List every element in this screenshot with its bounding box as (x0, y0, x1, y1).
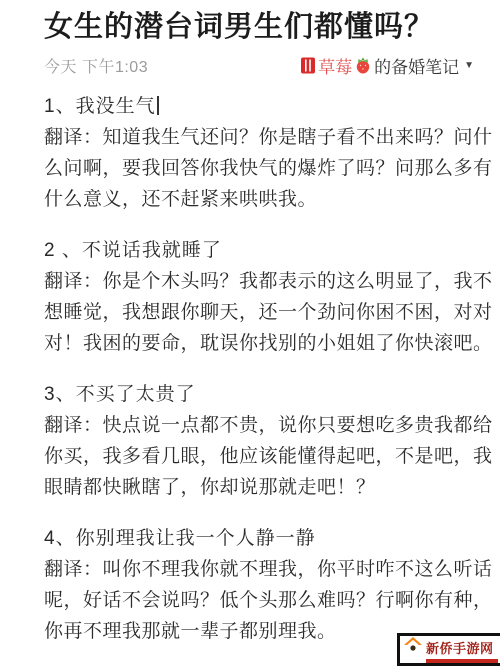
section-2-line: 对！我困的要命，耽误你找别的小姐姐了你快滚吧。 (44, 328, 474, 359)
account-name: 草莓 (318, 53, 352, 78)
section-3-line: 翻译：快点说一点都不贵，说你只要想吃多贵我都给 (44, 410, 474, 441)
red-book-icon (301, 57, 315, 74)
meta-row: 今天 下午1:03 草莓 (44, 53, 474, 77)
section-2-line: 想睡觉，我想跟你聊天，还一个劲问你困不困，对对 (44, 297, 474, 328)
section-3-heading: 3、不买了太贵了 (44, 380, 474, 410)
section-1: 1、我没生气 翻译：知道我生气还问？你是瞎子看不出来吗？问什 么问啊，要我回答你… (44, 92, 474, 215)
text-caret (157, 96, 159, 115)
section-4-line: 翻译：叫你不理我你就不理我，你平时咋不这么听话 (44, 554, 474, 585)
section-3-line: 你买，我多看几眼，他应该能懂得起吧，不是吧，我 (44, 441, 474, 472)
section-2-heading: 2 、不说话我就睡了 (44, 236, 474, 266)
section-1-heading-text: 1、我没生气 (44, 96, 156, 117)
section-4-line: 呢，好话不会说吗？低个头那么难吗？行啊你有种， (44, 585, 474, 616)
watermark-logo-row: 新侨手游网 (400, 636, 500, 657)
section-1-line: 翻译：知道我生气还问？你是瞎子看不出来吗？问什 (44, 122, 474, 153)
section-1-line: 什么意义，还不赶紧来哄哄我。 (44, 184, 474, 215)
section-3-line: 眼睛都快瞅瞎了，你却说那就走吧！？ (44, 472, 474, 503)
watermark-site-name: 新侨手游网 (426, 638, 494, 657)
section-4: 4、你别理我让我一个人静一静 翻译：叫你不理我你就不理我，你平时咋不这么听话 呢… (44, 524, 474, 647)
account-suffix: 的备婚笔记 (374, 53, 459, 78)
house-icon (404, 637, 422, 657)
site-watermark: 新侨手游网 (397, 633, 500, 666)
section-2-line: 翻译：你是个木头吗？我都表示的这么明显了，我不 (44, 266, 474, 297)
section-1-heading: 1、我没生气 (44, 92, 474, 122)
account-selector[interactable]: 草莓 的备婚笔记 ▼ (301, 53, 474, 78)
watermark-box: 新侨手游网 (400, 636, 500, 663)
chevron-down-icon: ▼ (464, 60, 474, 71)
note-page: 女生的潜台词男生们都懂吗？ 今天 下午1:03 草莓 (0, 0, 500, 666)
section-3: 3、不买了太贵了 翻译：快点说一点都不贵，说你只要想吃多贵我都给 你买，我多看几… (44, 380, 474, 503)
strawberry-icon (355, 57, 371, 74)
section-4-heading: 4、你别理我让我一个人静一静 (44, 524, 474, 554)
watermark-red-strip (426, 659, 498, 663)
section-1-line: 么问啊，要我回答你我快气的爆炸了吗？问那么多有 (44, 153, 474, 184)
section-2: 2 、不说话我就睡了 翻译：你是个木头吗？我都表示的这么明显了，我不 想睡觉，我… (44, 236, 474, 359)
page-title: 女生的潜台词男生们都懂吗？ (44, 8, 474, 46)
timestamp: 今天 下午1:03 (44, 54, 148, 77)
